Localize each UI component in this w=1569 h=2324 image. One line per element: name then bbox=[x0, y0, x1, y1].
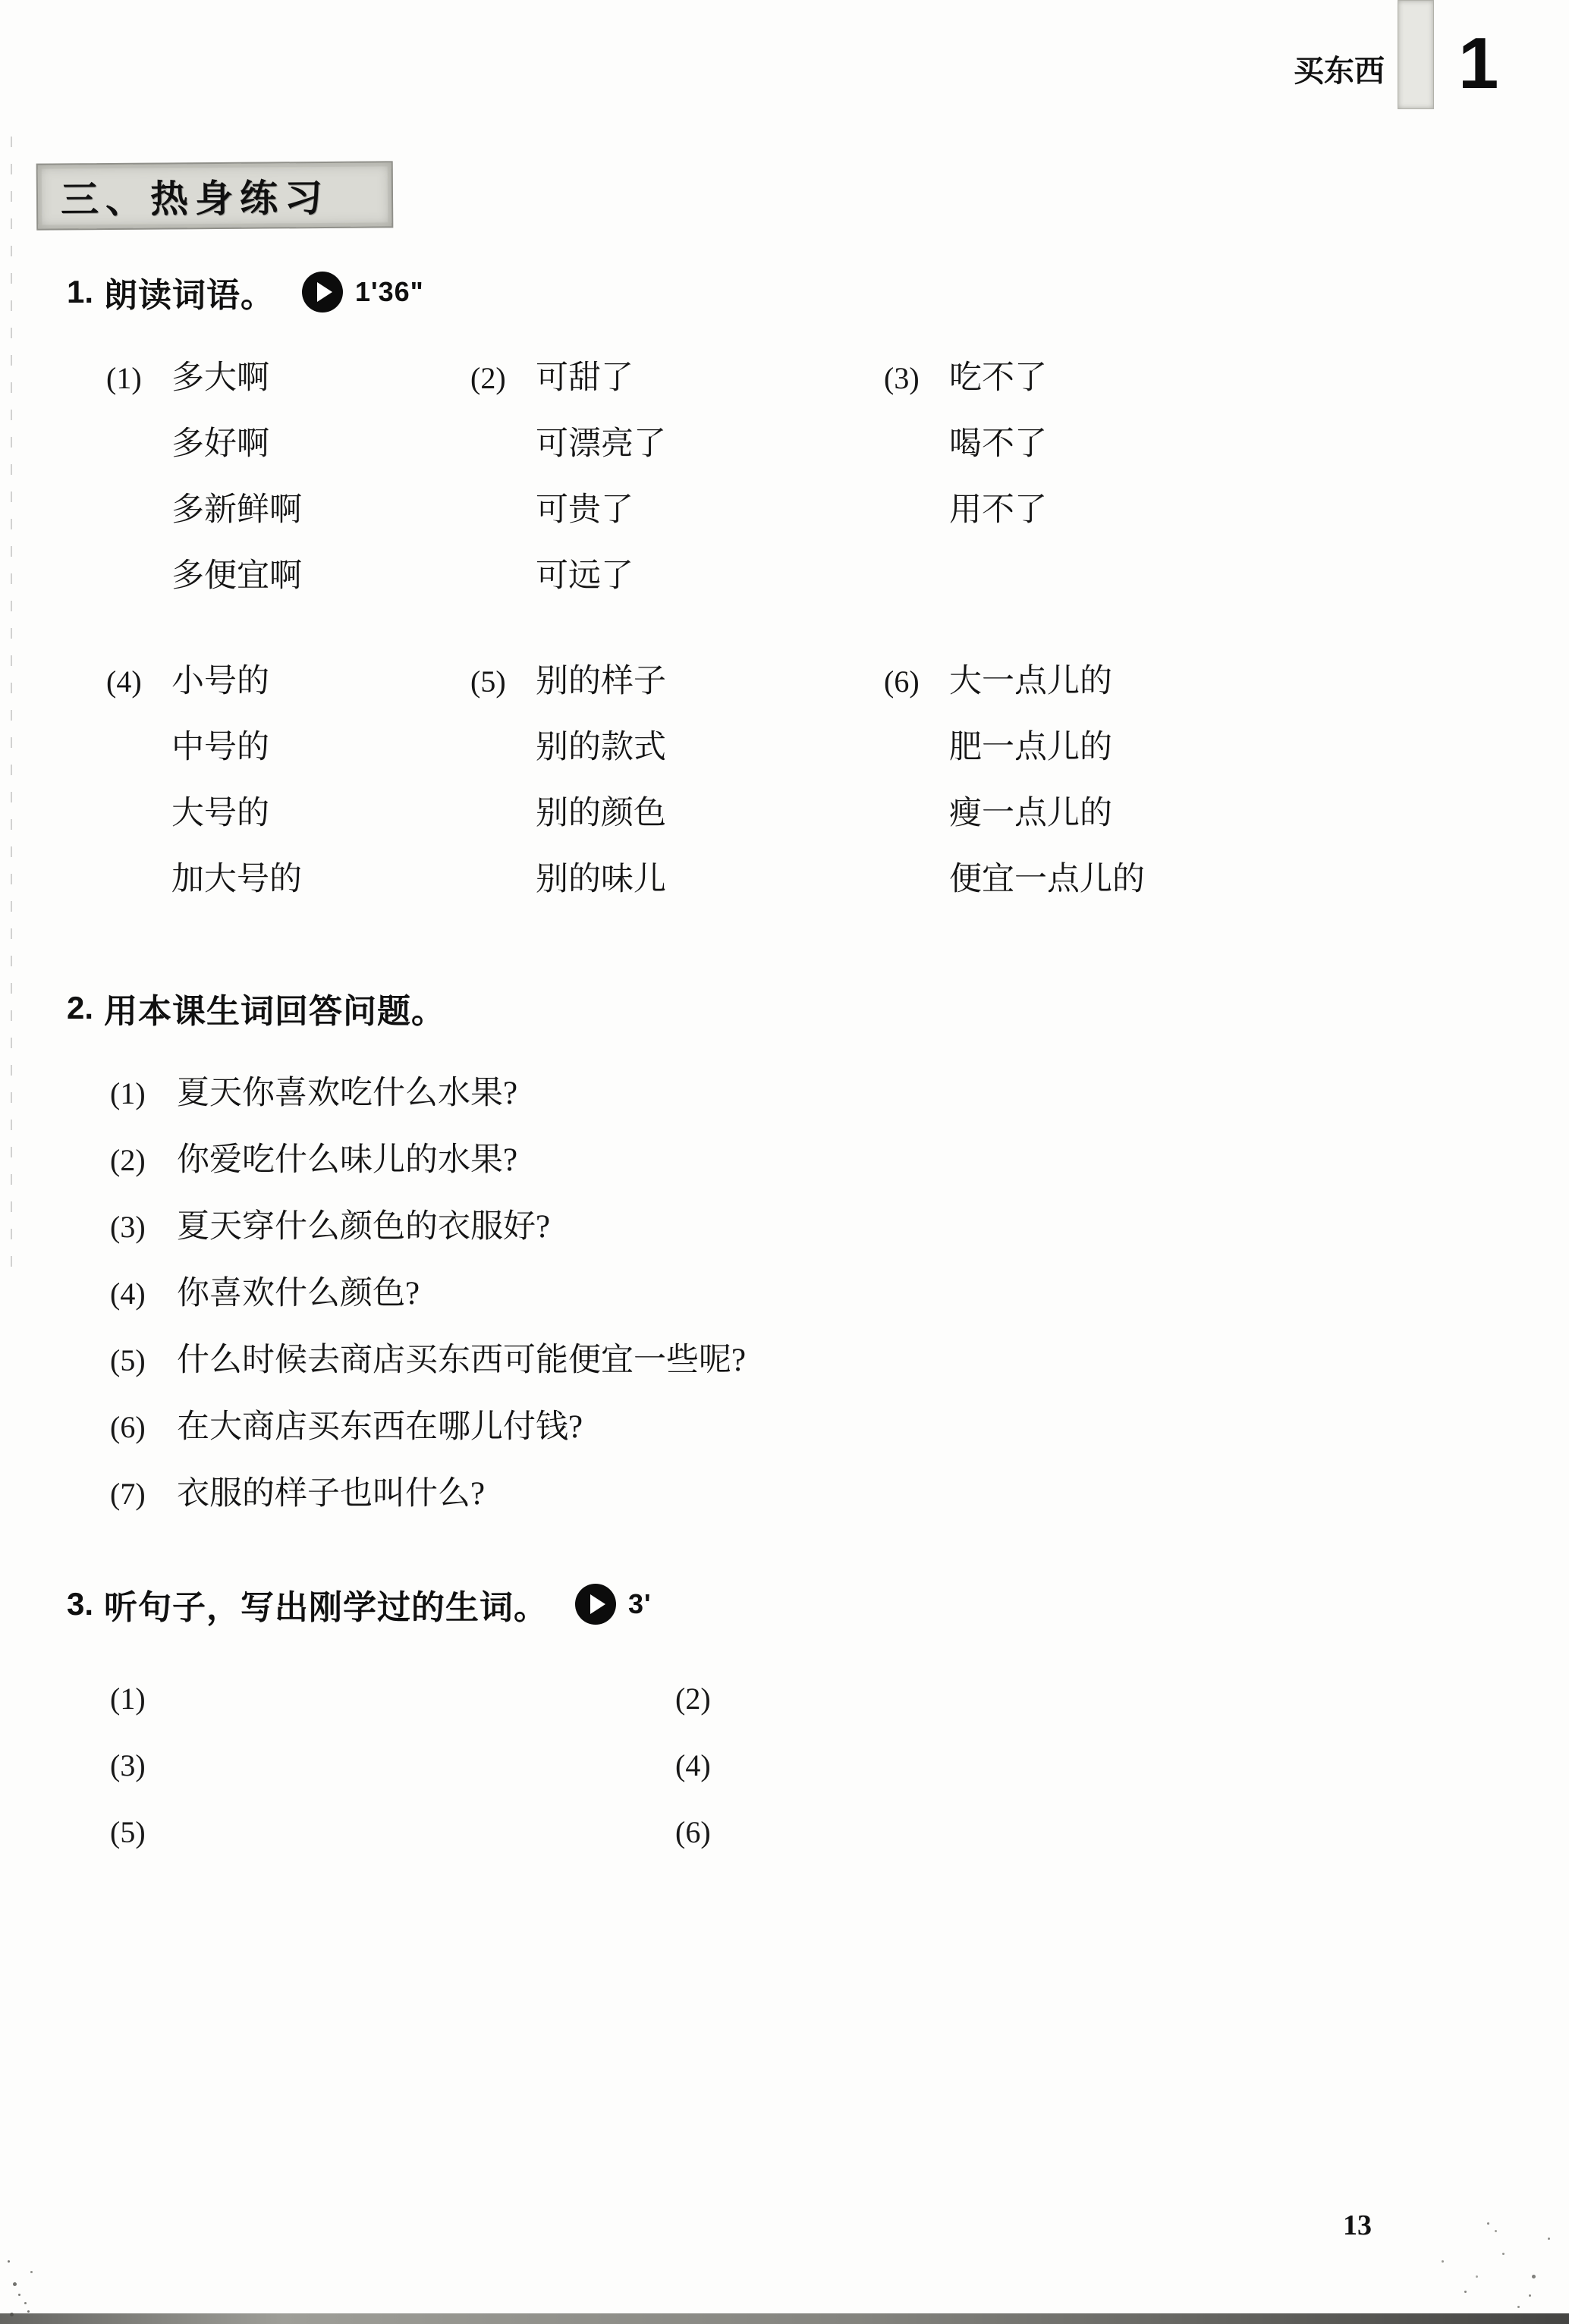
question-row: (7) 衣服的样子也叫什么? bbox=[110, 1461, 746, 1528]
word-group-1: (1) 多大啊 多好啊 多新鲜啊 多便宜啊 bbox=[106, 345, 302, 609]
word-item: 多大啊 bbox=[171, 345, 302, 411]
question-row: (6) 在大商店买东西在哪儿付钱? bbox=[110, 1394, 746, 1461]
word-item: 别的味儿 bbox=[536, 846, 666, 912]
word-item: 大一点儿的 bbox=[949, 649, 1145, 714]
scan-noise bbox=[8, 2260, 10, 2263]
group-label: (4) bbox=[106, 649, 171, 714]
workbook-page: 买东西 1 三、热身练习 1. 朗读词语。 1'36" (1) 多大啊 多好啊 … bbox=[0, 0, 1569, 2324]
word-item: 便宜一点儿的 bbox=[949, 846, 1145, 912]
word-group-4: (4) 小号的 中号的 大号的 加大号的 bbox=[106, 649, 302, 912]
question-text: 夏天穿什么颜色的衣服好? bbox=[177, 1194, 550, 1261]
question-row: (4) 你喜欢什么颜色? bbox=[110, 1261, 746, 1327]
chapter-label: 买东西 bbox=[1294, 55, 1385, 88]
section-title: 三、热身练习 bbox=[61, 168, 329, 224]
word-group-6: (6) 大一点儿的 肥一点儿的 瘦一点儿的 便宜一点儿的 bbox=[884, 649, 1145, 912]
question-row: (5) 什么时候去商店买东西可能便宜一些呢? bbox=[110, 1327, 746, 1394]
word-item: 肥一点儿的 bbox=[949, 714, 1145, 780]
blank-label: (5) bbox=[110, 1799, 675, 1866]
word-item: 多好啊 bbox=[171, 411, 302, 477]
word-item: 可远了 bbox=[536, 543, 666, 609]
blank-label: (6) bbox=[675, 1799, 711, 1866]
question-text: 你喜欢什么颜色? bbox=[177, 1261, 420, 1327]
word-list: 别的样子 别的款式 别的颜色 别的味儿 bbox=[536, 649, 666, 912]
question-label: (1) bbox=[110, 1060, 177, 1127]
word-item: 别的颜色 bbox=[536, 780, 666, 846]
word-list: 多大啊 多好啊 多新鲜啊 多便宜啊 bbox=[171, 345, 302, 609]
question-label: (6) bbox=[110, 1394, 177, 1461]
group-label: (3) bbox=[884, 345, 949, 411]
exercise2-heading: 2. 用本课生词回答问题。 bbox=[67, 983, 445, 1033]
exercise1-heading: 1. 朗读词语。 1'36" bbox=[67, 267, 424, 317]
question-row: (1) 夏天你喜欢吃什么水果? bbox=[110, 1060, 746, 1127]
question-text: 在大商店买东西在哪儿付钱? bbox=[177, 1394, 583, 1461]
word-item: 别的样子 bbox=[536, 649, 666, 714]
blank-label: (4) bbox=[675, 1732, 711, 1799]
group-label: (2) bbox=[470, 345, 536, 411]
answer-blanks: (1) (2) (3) (4) (5) (6) bbox=[110, 1666, 711, 1866]
question-label: (3) bbox=[110, 1194, 177, 1261]
word-group-3: (3) 吃不了 喝不了 用不了 bbox=[884, 345, 1047, 543]
exercise3-title: 听句子，写出刚学过的生词。 bbox=[104, 1580, 548, 1628]
word-item: 小号的 bbox=[171, 649, 302, 714]
word-item: 可漂亮了 bbox=[536, 411, 666, 477]
question-row: (3) 夏天穿什么颜色的衣服好? bbox=[110, 1194, 746, 1261]
word-list: 吃不了 喝不了 用不了 bbox=[949, 345, 1047, 543]
word-item: 用不了 bbox=[949, 477, 1047, 543]
question-text: 衣服的样子也叫什么? bbox=[177, 1461, 485, 1528]
word-item: 可甜了 bbox=[536, 345, 666, 411]
audio-duration: 1'36" bbox=[355, 276, 424, 308]
exercise2-number: 2. bbox=[67, 990, 93, 1026]
word-item: 加大号的 bbox=[171, 846, 302, 912]
word-list: 可甜了 可漂亮了 可贵了 可远了 bbox=[536, 345, 666, 609]
word-item: 中号的 bbox=[171, 714, 302, 780]
audio-play-icon bbox=[575, 1584, 616, 1625]
exercise1-number: 1. bbox=[67, 274, 93, 310]
word-item: 喝不了 bbox=[949, 411, 1047, 477]
exercise3-number: 3. bbox=[67, 1586, 93, 1622]
word-item: 瘦一点儿的 bbox=[949, 780, 1145, 846]
section-header-box: 三、热身练习 bbox=[36, 161, 394, 230]
group-label: (1) bbox=[106, 345, 171, 411]
blank-label: (2) bbox=[675, 1666, 711, 1732]
group-label: (6) bbox=[884, 649, 949, 714]
word-item: 多便宜啊 bbox=[171, 543, 302, 609]
word-item: 大号的 bbox=[171, 780, 302, 846]
audio-play-icon bbox=[302, 272, 343, 312]
question-label: (4) bbox=[110, 1261, 177, 1327]
play-triangle-icon bbox=[317, 282, 332, 302]
page-number: 13 bbox=[1343, 2209, 1372, 2242]
question-text: 你爱吃什么味儿的水果? bbox=[177, 1127, 517, 1194]
question-row: (2) 你爱吃什么味儿的水果? bbox=[110, 1127, 746, 1194]
question-label: (2) bbox=[110, 1127, 177, 1194]
scan-edge-band bbox=[0, 2313, 1569, 2324]
group-label: (5) bbox=[470, 649, 536, 714]
exercise3-heading: 3. 听句子，写出刚学过的生词。 3' bbox=[67, 1579, 652, 1629]
word-list: 小号的 中号的 大号的 加大号的 bbox=[171, 649, 302, 912]
word-item: 多新鲜啊 bbox=[171, 477, 302, 543]
audio-duration: 3' bbox=[628, 1588, 652, 1620]
scan-noise bbox=[1487, 2222, 1489, 2225]
question-text: 夏天你喜欢吃什么水果? bbox=[177, 1060, 517, 1127]
question-text: 什么时候去商店买东西可能便宜一些呢? bbox=[177, 1327, 746, 1394]
exercise1-title: 朗读词语。 bbox=[104, 268, 275, 316]
blank-label: (3) bbox=[110, 1732, 675, 1799]
word-item: 别的款式 bbox=[536, 714, 666, 780]
chapter-divider-bar bbox=[1398, 0, 1434, 109]
word-list: 大一点儿的 肥一点儿的 瘦一点儿的 便宜一点儿的 bbox=[949, 649, 1145, 912]
play-triangle-icon bbox=[590, 1594, 605, 1614]
word-item: 可贵了 bbox=[536, 477, 666, 543]
question-list: (1) 夏天你喜欢吃什么水果? (2) 你爱吃什么味儿的水果? (3) 夏天穿什… bbox=[110, 1060, 746, 1528]
word-item: 吃不了 bbox=[949, 345, 1047, 411]
word-group-2: (2) 可甜了 可漂亮了 可贵了 可远了 bbox=[470, 345, 666, 609]
blank-label: (1) bbox=[110, 1666, 675, 1732]
question-label: (5) bbox=[110, 1327, 177, 1394]
chapter-number: 1 bbox=[1458, 27, 1498, 100]
scan-scratch-artifact bbox=[11, 137, 12, 1274]
exercise2-title: 用本课生词回答问题。 bbox=[104, 984, 445, 1032]
word-group-5: (5) 别的样子 别的款式 别的颜色 别的味儿 bbox=[470, 649, 666, 912]
question-label: (7) bbox=[110, 1461, 177, 1528]
